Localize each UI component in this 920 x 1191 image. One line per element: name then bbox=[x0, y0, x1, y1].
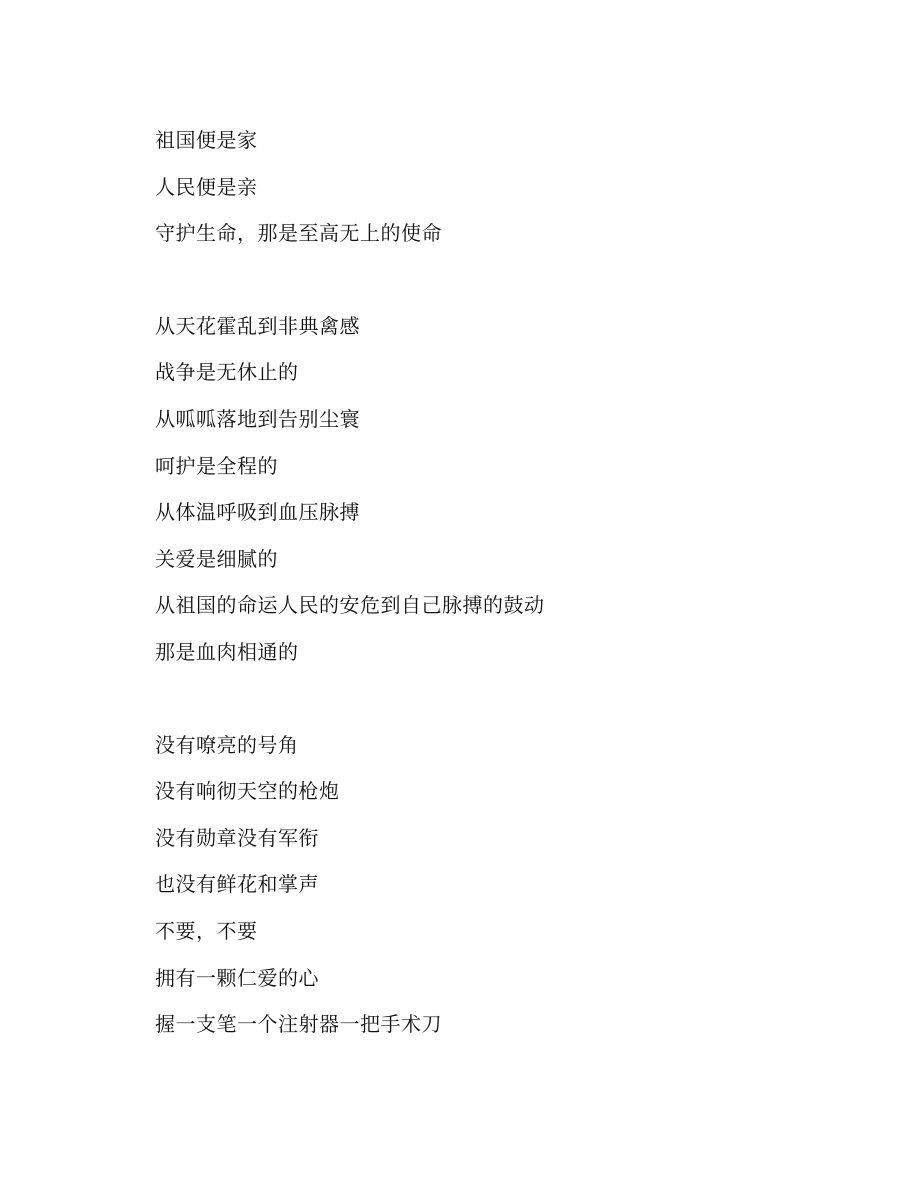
poem-line: 关爱是细腻的 bbox=[155, 536, 855, 583]
poem-line: 没有嘹亮的号角 bbox=[155, 722, 855, 769]
poem-line: 也没有鲜花和掌声 bbox=[155, 861, 855, 908]
stanza-3: 没有嘹亮的号角 没有响彻天空的枪炮 没有勋章没有军衔 也没有鲜花和掌声 不要，不… bbox=[155, 722, 855, 1048]
poem-line: 祖国便是家 bbox=[155, 117, 855, 164]
poem-line: 从天花霍乱到非典禽感 bbox=[155, 303, 855, 350]
poem-line: 人民便是亲 bbox=[155, 164, 855, 211]
poem-line: 没有勋章没有军衔 bbox=[155, 815, 855, 862]
poem-line: 不要，不要 bbox=[155, 908, 855, 955]
document-page: 祖国便是家 人民便是亲 守护生命，那是至高无上的使命 从天花霍乱到非典禽感 战争… bbox=[155, 117, 855, 1048]
poem-line: 从体温呼吸到血压脉搏 bbox=[155, 489, 855, 536]
poem-line: 从祖国的命运人民的安危到自己脉搏的鼓动 bbox=[155, 582, 855, 629]
poem-line: 呵护是全程的 bbox=[155, 443, 855, 490]
poem-line: 守护生命，那是至高无上的使命 bbox=[155, 210, 855, 257]
poem-line: 没有响彻天空的枪炮 bbox=[155, 768, 855, 815]
poem-line: 拥有一颗仁爱的心 bbox=[155, 955, 855, 1002]
stanza-1: 祖国便是家 人民便是亲 守护生命，那是至高无上的使命 bbox=[155, 117, 855, 257]
poem-line: 那是血肉相通的 bbox=[155, 629, 855, 676]
poem-line: 战争是无休止的 bbox=[155, 349, 855, 396]
stanza-2: 从天花霍乱到非典禽感 战争是无休止的 从呱呱落地到告别尘寰 呵护是全程的 从体温… bbox=[155, 303, 855, 676]
poem-line: 从呱呱落地到告别尘寰 bbox=[155, 396, 855, 443]
poem-line: 握一支笔一个注射器一把手术刀 bbox=[155, 1001, 855, 1048]
